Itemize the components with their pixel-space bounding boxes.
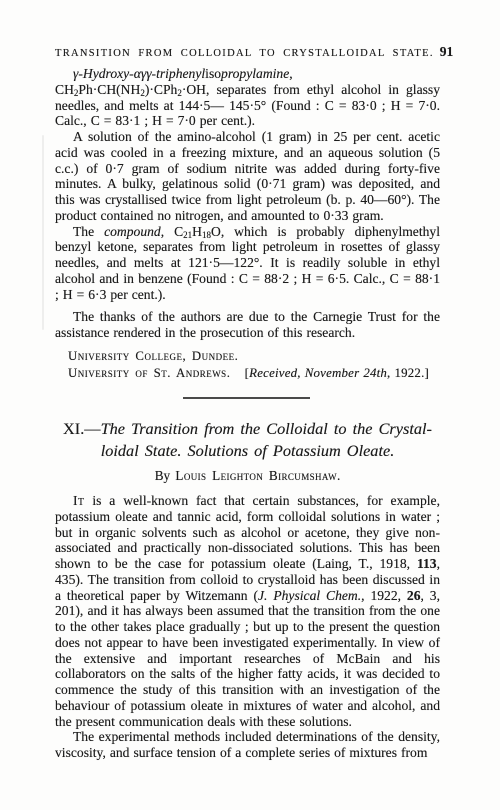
scan-gutter-shadow	[42, 135, 44, 330]
page-number: 91	[440, 44, 454, 60]
paragraph-amino-alcohol-procedure: A solution of the amino-alcohol (1 gram)…	[55, 129, 440, 224]
byline: By Louis Leighton Bircumshaw.	[55, 468, 440, 484]
signature-block: University College, Dundee. University o…	[55, 349, 440, 382]
journal-page: TRANSITION FROM COLLOIDAL TO CRYSTALLOID…	[0, 0, 500, 810]
previous-article-end: γ-Hydroxy-αγγ-triphenylisopropylamine, C…	[55, 66, 440, 381]
article-title-line-2: loidal State. Solutions of Potassium Ole…	[55, 440, 440, 462]
intro-paragraph: It is a well-known fact that certain sub…	[55, 493, 440, 729]
article-title-line-1: XI.—The Transition from the Colloidal to…	[55, 418, 440, 440]
acknowledgement-paragraph: The thanks of the authors are due to the…	[55, 309, 440, 341]
affiliation-received-row: University of St. Andrews. [Received, No…	[55, 366, 440, 382]
experimental-methods-paragraph: The experimental methods included determ…	[55, 729, 440, 761]
section-divider-rule	[183, 397, 310, 399]
paragraph-hydroxy-amine: γ-Hydroxy-αγγ-triphenylisopropylamine, C…	[55, 66, 440, 129]
running-head-title: TRANSITION FROM COLLOIDAL TO CRYSTALLOID…	[55, 48, 434, 59]
received-date: [Received, November 24th, 1922.]	[245, 366, 429, 382]
text-block: γ-Hydroxy-αγγ-triphenylisopropylamine, C…	[55, 66, 440, 761]
running-head: TRANSITION FROM COLLOIDAL TO CRYSTALLOID…	[55, 44, 440, 60]
paragraph-compound-c21h18o: The compound, C21H18O, which is probably…	[55, 224, 440, 303]
affiliation-university-college-dundee: University College, Dundee.	[68, 349, 440, 365]
new-article: XI.—The Transition from the Colloidal to…	[55, 418, 440, 761]
article-title: XI.—The Transition from the Colloidal to…	[55, 418, 440, 461]
affiliation-university-st-andrews: University of St. Andrews.	[68, 366, 230, 382]
